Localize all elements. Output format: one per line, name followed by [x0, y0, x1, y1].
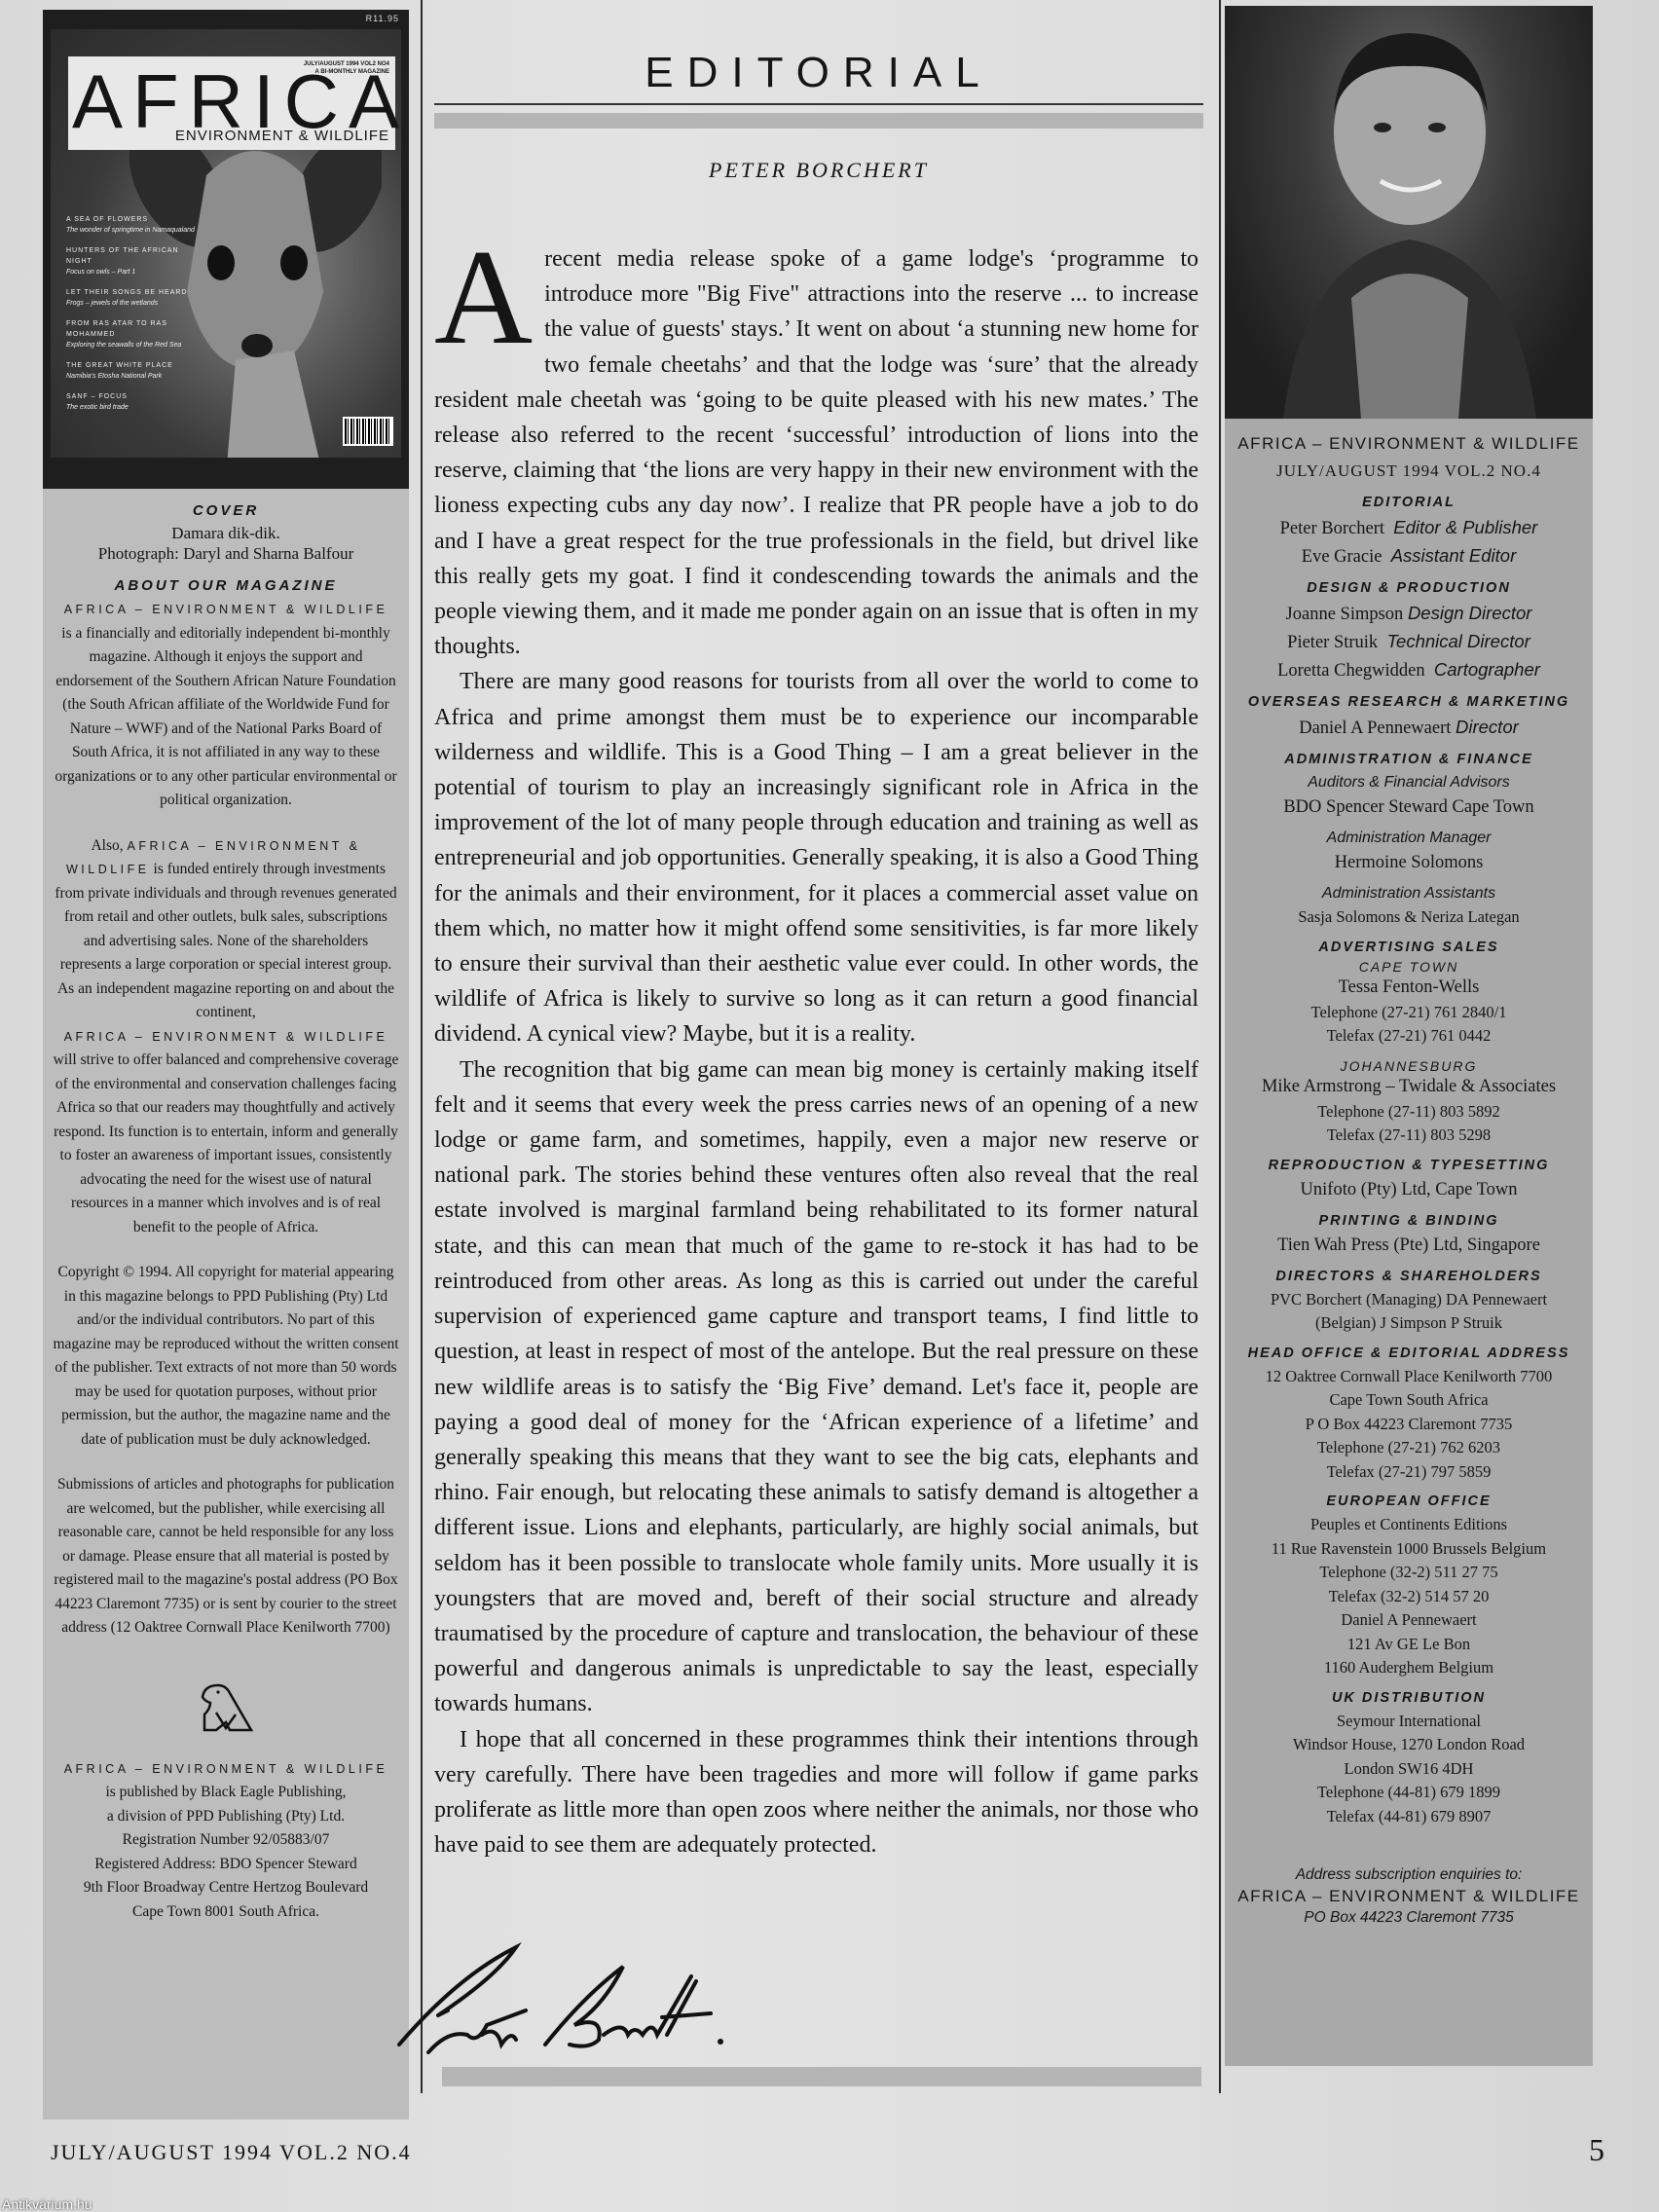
cover-lines: A SEA OF FLOWERSThe wonder of springtime… — [66, 214, 203, 423]
section-heading: REPRODUCTION & TYPESETTING — [1225, 1158, 1593, 1173]
editorial-body: Arecent media release spoke of a game lo… — [434, 241, 1198, 1862]
left-column: R11.95 AFRICA JULY/AUGUST 1994 VOL2 NO4 … — [43, 10, 409, 2120]
cover-date: JULY/AUGUST 1994 VOL2 NO4 — [304, 60, 389, 68]
section-heading: ADMINISTRATION & FINANCE — [1225, 752, 1593, 767]
page-title: EDITORIAL — [434, 49, 1203, 97]
about-paragraph-2: Also, AFRICA – ENVIRONMENT & WILDLIFE is… — [53, 834, 399, 1240]
about-sidebar: COVER Damara dik-dik. Photograph: Daryl … — [43, 489, 409, 2120]
cover-caption: Damara dik-dik. — [55, 523, 397, 543]
staff-entry: Daniel A Pennewaert Director — [1225, 714, 1593, 742]
cover-heading: COVER — [43, 502, 409, 519]
cover-line: HUNTERS OF THE AFRICAN NIGHTFocus on owl… — [66, 245, 203, 277]
cover-line: LET THEIR SONGS BE HEARDFrogs – jewels o… — [66, 287, 203, 309]
section-heading: ADVERTISING SALES — [1225, 940, 1593, 955]
section-heading: EUROPEAN OFFICE — [1225, 1493, 1593, 1509]
publisher-info: AFRICA – ENVIRONMENT & WILDLIFE is publi… — [53, 1757, 399, 1925]
masthead-box: AFRICA – ENVIRONMENT & WILDLIFE JULY/AUG… — [1225, 419, 1593, 2066]
column-divider — [421, 0, 423, 2093]
cover-line: THE GREAT WHITE PLACENamibia's Etosha Na… — [66, 360, 203, 382]
cover-line: FROM RAS ATAR TO RAS MOHAMMEDExploring t… — [66, 318, 203, 350]
magazine-page: R11.95 AFRICA JULY/AUGUST 1994 VOL2 NO4 … — [0, 0, 1659, 2212]
section-heading: HEAD OFFICE & EDITORIAL ADDRESS — [1225, 1346, 1593, 1361]
cover-image: R11.95 AFRICA JULY/AUGUST 1994 VOL2 NO4 … — [43, 10, 409, 489]
subscription-label: Address subscription enquiries to: — [1225, 1863, 1593, 1887]
about-paragraph-1: AFRICA – ENVIRONMENT & WILDLIFE is a fin… — [53, 598, 399, 813]
masthead-column: AFRICA – ENVIRONMENT & WILDLIFE JULY/AUG… — [1225, 6, 1593, 2066]
paragraph: Arecent media release spoke of a game lo… — [434, 241, 1198, 664]
black-eagle-logo-icon — [197, 1679, 255, 1734]
page-number: 5 — [1589, 2132, 1604, 2168]
staff-entry: Pieter Struik Technical Director — [1225, 628, 1593, 656]
author-byline: PETER BORCHERT — [434, 158, 1203, 183]
staff-entry: Joanne Simpson Design Director — [1225, 600, 1593, 628]
cover-price: R11.95 — [366, 14, 399, 23]
section-heading: OVERSEAS RESEARCH & MARKETING — [1225, 694, 1593, 710]
staff-entry: Peter Borchert Editor & Publisher — [1225, 514, 1593, 542]
section-heading: DESIGN & PRODUCTION — [1225, 580, 1593, 596]
barcode-icon — [343, 417, 393, 446]
drop-cap: A — [434, 247, 533, 349]
editor-portrait-photo — [1225, 6, 1593, 419]
cover-frequency: A BI-MONTHLY MAGAZINE — [304, 68, 389, 76]
staff-entry: Eve Gracie Assistant Editor — [1225, 542, 1593, 571]
column-divider — [1219, 0, 1221, 2093]
section-heading: PRINTING & BINDING — [1225, 1213, 1593, 1229]
section-heading: EDITORIAL — [1225, 495, 1593, 510]
title-band — [434, 113, 1203, 129]
cover-line: A SEA OF FLOWERSThe wonder of springtime… — [66, 214, 203, 236]
subscription-name: AFRICA – ENVIRONMENT & WILDLIFE — [1225, 1887, 1593, 1906]
signature-icon — [380, 1937, 740, 2054]
watermark: Antikvárium.hu — [2, 2196, 92, 2212]
bottom-band — [442, 2067, 1201, 2086]
copyright-notice: Copyright © 1994. All copyright for mate… — [53, 1261, 399, 1452]
section-heading: DIRECTORS & SHAREHOLDERS — [1225, 1269, 1593, 1284]
paragraph: There are many good reasons for tourists… — [434, 664, 1198, 1051]
masthead-name: AFRICA – ENVIRONMENT & WILDLIFE — [1225, 434, 1593, 454]
staff-entry: Loretta Chegwidden Cartographer — [1225, 656, 1593, 684]
masthead-issue: JULY/AUGUST 1994 VOL.2 NO.4 — [1225, 461, 1593, 481]
cover-masthead: AFRICA JULY/AUGUST 1994 VOL2 NO4 A BI-MO… — [68, 56, 395, 150]
editorial-column: EDITORIAL PETER BORCHERT Arecent media r… — [434, 29, 1203, 1862]
paragraph: I hope that all concerned in these progr… — [434, 1722, 1198, 1863]
title-rule — [434, 103, 1203, 105]
footer-issue: JULY/AUGUST 1994 VOL.2 NO.4 — [51, 2140, 412, 2165]
section-heading: UK DISTRIBUTION — [1225, 1690, 1593, 1706]
cover-credit: Photograph: Daryl and Sharna Balfour — [55, 543, 397, 564]
submissions-notice: Submissions of articles and photographs … — [53, 1473, 399, 1641]
subscription-address: PO Box 44223 Claremont 7735 — [1225, 1906, 1593, 1930]
cover-line: SANF – FOCUSThe exotic bird trade — [66, 391, 203, 413]
about-heading: ABOUT OUR MAGAZINE — [43, 577, 409, 594]
editor-portrait-icon — [1225, 6, 1593, 419]
cover-subtitle: ENVIRONMENT & WILDLIFE — [175, 128, 389, 144]
paragraph: The recognition that big game can mean b… — [434, 1052, 1198, 1722]
